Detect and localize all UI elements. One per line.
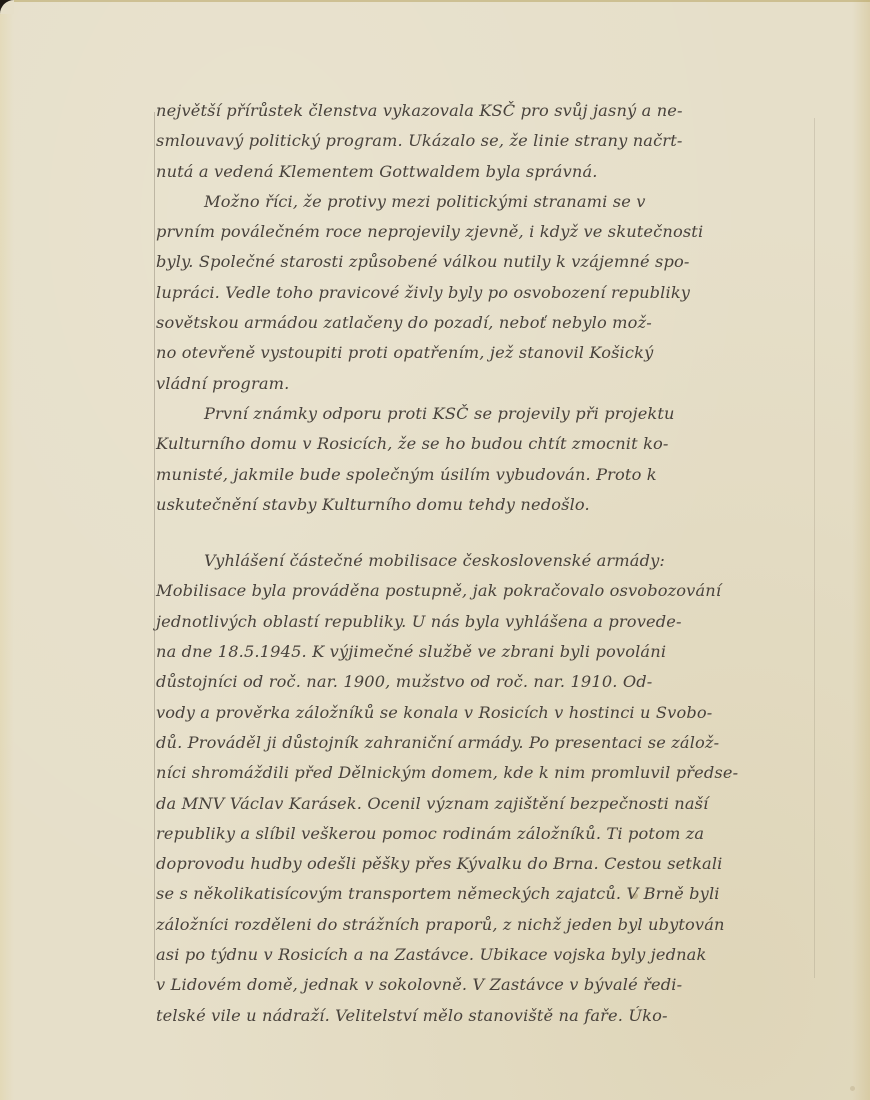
handwritten-text: největší přírůstek členstva vykazovala K… [152,96,822,1031]
text-line: záložníci rozděleni do strážních praporů… [152,910,822,940]
paper-spot [850,1086,855,1091]
text-line: na dne 18.5.1945. K výjimečné službě ve … [152,637,822,667]
text-line: Mobilisace byla prováděna postupně, jak … [152,576,822,606]
text-line: lupráci. Vedle toho pravicové živly byly… [152,278,822,308]
text-line: se s několikatisícovým transportem němec… [152,879,822,909]
text-line: dů. Prováděl ji důstojník zahraniční arm… [152,728,822,758]
text-line: byly. Společné starosti způsobené válkou… [152,247,822,277]
text-line: republiky a slíbil veškerou pomoc rodiná… [152,819,822,849]
text-line: uskutečnění stavby Kulturního domu tehdy… [152,490,822,520]
text-line: v Lidovém domě, jednak v sokolovně. V Za… [152,970,822,1000]
section-heading: Vyhlášení částečné mobilisace českoslove… [152,546,822,576]
text-line: důstojníci od roč. nar. 1900, mužstvo od… [152,667,822,697]
text-line: doprovodu hudby odešli pěšky přes Kývalk… [152,849,822,879]
text-line: vody a prověrka záložníků se konala v Ro… [152,698,822,728]
text-line: da MNV Václav Karásek. Ocenil význam zaj… [152,789,822,819]
text-line: jednotlivých oblastí republiky. U nás by… [152,607,822,637]
text-line: nutá a vedená Klementem Gottwaldem byla … [152,157,822,187]
paragraph-gap [152,520,822,546]
text-line: První známky odporu proti KSČ se projevi… [152,399,822,429]
text-line: sovětskou armádou zatlačeny do pozadí, n… [152,308,822,338]
text-line: prvním poválečném roce neprojevily zjevn… [152,217,822,247]
text-line: no otevřeně vystoupiti proti opatřením, … [152,338,822,368]
text-line: největší přírůstek členstva vykazovala K… [152,96,822,126]
text-line: asi po týdnu v Rosicích a na Zastávce. U… [152,940,822,970]
text-line: telské vile u nádraží. Velitelství mělo … [152,1001,822,1031]
text-line: Kulturního domu v Rosicích, že se ho bud… [152,429,822,459]
text-line: Možno říci, že protivy mezi politickými … [152,187,822,217]
text-line: níci shromáždili před Dělnickým domem, k… [152,758,822,788]
text-line: smlouvavý politický program. Ukázalo se,… [152,126,822,156]
manuscript-page: největší přírůstek členstva vykazovala K… [0,0,870,1100]
text-line: munisté, jakmile bude společným úsilím v… [152,460,822,490]
text-line: vládní program. [152,369,822,399]
